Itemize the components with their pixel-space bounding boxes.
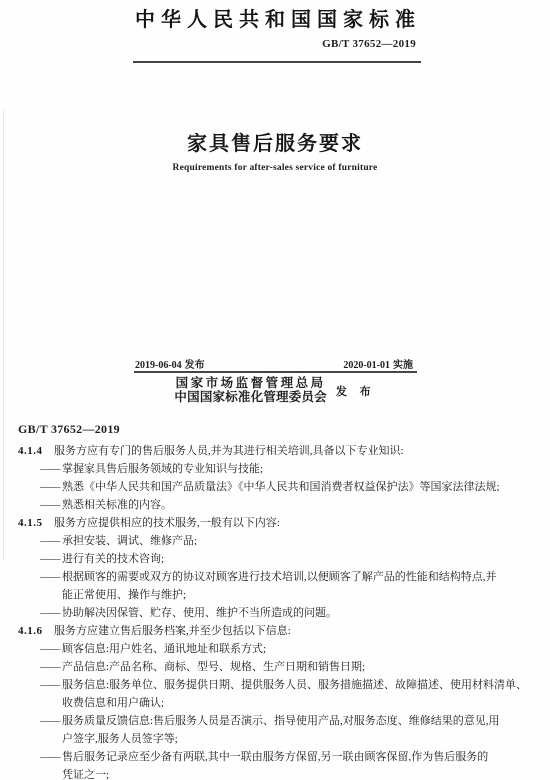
body-text: 4.1.4 服务方应有专门的售后服务人员,并为其进行相关培训,具备以下专业知识:… [18,442,538,780]
clause-text: 服务方应提供相应的技术服务,一般有以下内容: [54,514,538,532]
dash-prefix: —— [40,676,62,712]
dash-item: —— 熟悉《中华人民共和国产品质量法》《中华人民共和国消费者权益保护法》等国家法… [18,478,538,496]
document-title-en: Requirements for after-sales service of … [0,163,550,173]
clause-number: 4.1.5 [18,514,54,532]
dash-item: —— 掌握家具售后服务领域的专业知识与技能; [18,460,538,478]
dash-item-text: 产品信息:产品名称、商标、型号、规格、生产日期和销售日期; [62,658,538,676]
page-scan-edge [3,110,4,560]
dash-item-text: 协助解决因保管、贮存、使用、维护不当所造成的问题。 [62,604,538,622]
dash-item: —— 产品信息:产品名称、商标、型号、规格、生产日期和销售日期; [18,658,538,676]
publish-label: 发 布 [336,383,376,399]
dash-item-text: 根据顾客的需要或双方的协议对顾客进行技术培训,以便顾客了解产品的性能和结构特点,… [62,568,538,604]
dash-item-text: 熟悉《中华人民共和国产品质量法》《中华人民共和国消费者权益保护法》等国家法律法规… [62,478,538,496]
dash-item-text: 掌握家具售后服务领域的专业知识与技能; [62,460,538,478]
issue-date: 2019-06-04 [135,360,182,371]
dash-item-text: 服务信息:服务单位、服务提供日期、提供服务人员、服务措施描述、故障描述、使用材料… [62,676,538,712]
dash-item: —— 进行有关的技术咨询; [18,550,538,568]
dash-item: —— 熟悉相关标准的内容。 [18,496,538,514]
issuer-names: 国家市场监督管理总局 中国国家标准化管理委员会 [174,377,326,404]
dash-item-text: 熟悉相关标准的内容。 [62,496,538,514]
dash-item: —— 根据顾客的需要或双方的协议对顾客进行技术培训,以便顾客了解产品的性能和结构… [18,568,538,604]
dash-prefix: —— [40,658,62,676]
issuing-authorities: 国家市场监督管理总局 中国国家标准化管理委员会 发 布 [0,377,550,404]
page-header-standard-code: GB/T 37652—2019 [18,422,120,437]
national-standard-title: 中华人民共和国国家标准 [0,3,550,32]
dash-prefix: —— [40,604,62,622]
dash-prefix: —— [40,550,62,568]
dash-item-text: 售后服务记录应至少备有两联,其中一联由服务方保留,另一联由顾客保留,作为售后服务… [62,748,538,780]
cover-bottom-rule [134,371,417,373]
issue-date-pair: 2019-06-04发布 [135,356,208,371]
dash-item: —— 承担安装、调试、维修产品; [18,532,538,550]
standard-code: GB/T 37652—2019 [322,38,416,50]
dash-item-text: 进行有关的技术咨询; [62,550,538,568]
implementation-date-pair: 2020-01-01实施 [343,356,416,371]
issuer-authority-2: 中国国家标准化管理委员会 [174,391,326,405]
dash-item-text: 顾客信息:用户姓名、通讯地址和联系方式; [62,640,538,658]
clause-4-1-4: 4.1.4 服务方应有专门的售后服务人员,并为其进行相关培训,具备以下专业知识: [18,442,538,460]
clause-4-1-6: 4.1.6 服务方应建立售后服务档案,并至少包括以下信息: [18,622,538,640]
dash-prefix: —— [40,568,62,604]
document-title-zh: 家具售后服务要求 [0,127,550,156]
dash-item: —— 售后服务记录应至少备有两联,其中一联由服务方保留,另一联由顾客保留,作为售… [18,748,538,780]
dash-prefix: —— [40,748,62,780]
dash-item-text: 承担安装、调试、维修产品; [62,532,538,550]
implementation-label: 实施 [393,360,413,371]
cover-top-rule [133,61,421,63]
cover-dates-row: 2019-06-04发布 2020-01-01实施 [135,356,416,371]
dash-item: —— 协助解决因保管、贮存、使用、维护不当所造成的问题。 [18,604,538,622]
issuer-authority-1: 国家市场监督管理总局 [174,377,326,391]
dash-prefix: —— [40,478,62,496]
issue-label: 发布 [185,360,205,371]
dash-prefix: —— [40,712,62,748]
dash-item: —— 服务质量反馈信息:售后服务人员是否演示、指导使用产品,对服务态度、维修结果… [18,712,538,748]
dash-prefix: —— [40,460,62,478]
dash-item: —— 服务信息:服务单位、服务提供日期、提供服务人员、服务措施描述、故障描述、使… [18,676,538,712]
dash-prefix: —— [40,640,62,658]
dash-item-text: 服务质量反馈信息:售后服务人员是否演示、指导使用产品,对服务态度、维修结果的意见… [62,712,538,748]
clause-number: 4.1.6 [18,622,54,640]
clause-4-1-5: 4.1.5 服务方应提供相应的技术服务,一般有以下内容: [18,514,538,532]
implementation-date: 2020-01-01 [343,360,390,371]
dash-item: —— 顾客信息:用户姓名、通讯地址和联系方式; [18,640,538,658]
clause-text: 服务方应建立售后服务档案,并至少包括以下信息: [54,622,538,640]
standard-document-page: 中华人民共和国国家标准 GB/T 37652—2019 家具售后服务要求 Req… [0,0,550,780]
dash-prefix: —— [40,532,62,550]
clause-number: 4.1.4 [18,442,54,460]
dash-prefix: —— [40,496,62,514]
clause-text: 服务方应有专门的售后服务人员,并为其进行相关培训,具备以下专业知识: [54,442,538,460]
